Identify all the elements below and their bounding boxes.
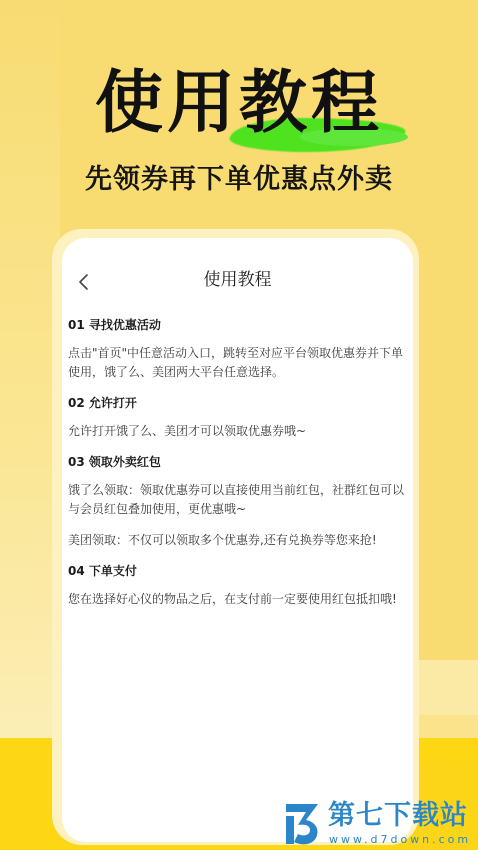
watermark-name: 第七下载站 [328, 799, 468, 833]
section-heading: 04 下单支付 [68, 562, 408, 580]
section-heading: 01 寻找优惠活动 [68, 316, 408, 334]
section-04: 04 下单支付 您在选择好心仪的物品之后，在支付前一定要使用红包抵扣哦! [68, 562, 408, 609]
section-paragraph: 美团领取：不仅可以领取多个优惠券,还有兑换券等您来抢! [68, 531, 408, 550]
page-title: 使用教程 [62, 267, 413, 293]
watermark-url: www.d7down.com [329, 833, 471, 847]
d7-logo-icon [284, 802, 322, 846]
section-paragraph: 您在选择好心仪的物品之后，在支付前一定要使用红包抵扣哦! [68, 590, 408, 609]
tutorial-content: 01 寻找优惠活动 点击"首页"中任意活动入口，跳转至对应平台领取优惠券并下单使… [68, 316, 408, 621]
watermark: 第七下载站 www.d7down.com [284, 797, 474, 850]
section-heading: 03 领取外卖红包 [68, 453, 408, 471]
section-03: 03 领取外卖红包 饿了么领取：领取优惠券可以直接使用当前红包，社群红包可以与会… [68, 453, 408, 550]
section-paragraph: 点击"首页"中任意活动入口，跳转至对应平台领取优惠券并下单使用，饿了么、美团两大… [68, 344, 408, 382]
section-paragraph: 饿了么领取：领取优惠券可以直接使用当前红包，社群红包可以与会员红包叠加使用，更优… [68, 481, 408, 519]
tutorial-card: 使用教程 01 寻找优惠活动 点击"首页"中任意活动入口，跳转至对应平台领取优惠… [62, 238, 413, 842]
hero-subtitle: 先领券再下单优惠点外卖 [0, 162, 478, 198]
section-heading: 02 允许打开 [68, 394, 408, 412]
section-paragraph: 允许打开饿了么、美团才可以领取优惠券哦~ [68, 422, 408, 441]
hero-title: 使用教程 [0, 64, 478, 144]
section-01: 01 寻找优惠活动 点击"首页"中任意活动入口，跳转至对应平台领取优惠券并下单使… [68, 316, 408, 382]
section-02: 02 允许打开 允许打开饿了么、美团才可以领取优惠券哦~ [68, 394, 408, 441]
